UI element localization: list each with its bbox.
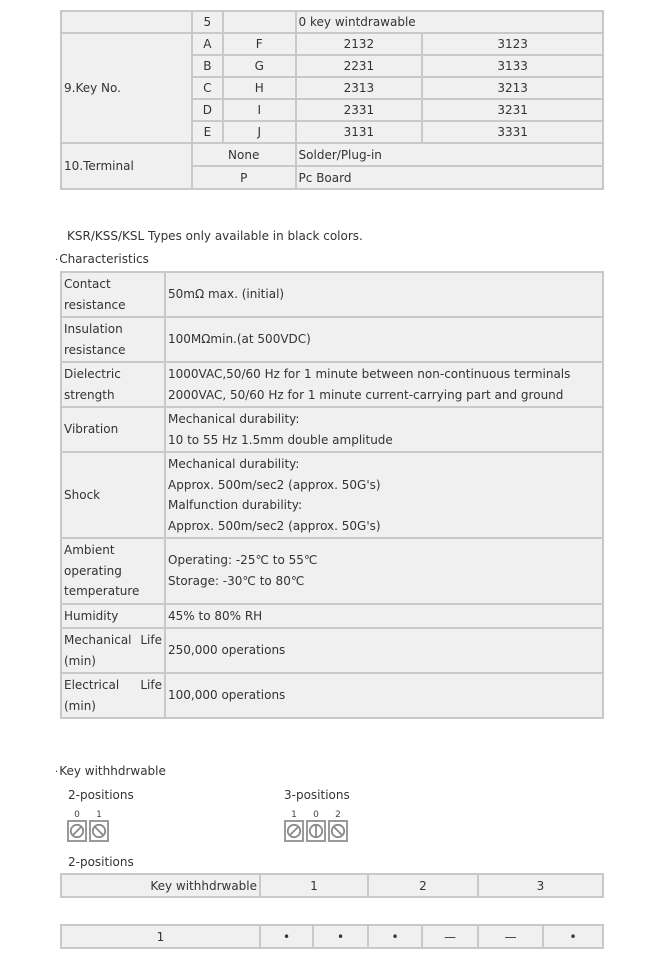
characteristic-label: Contactresistance	[62, 273, 164, 316]
value-line: 45% to 80% RH	[168, 606, 600, 627]
table-row: AmbientoperatingtemperatureOperating: -2…	[62, 539, 602, 603]
table-row: Mechanical Life(min)250,000 operations	[62, 629, 602, 672]
bullet-icon: ·	[55, 767, 58, 778]
characteristics-table: Contactresistance50mΩ max. (initial)Insu…	[60, 271, 604, 719]
key-value-2pos: 2231	[297, 56, 422, 76]
three-position-key-diagram: 102	[284, 810, 348, 842]
key-withdrawable-row-table: 1 • • • — — •	[60, 924, 604, 949]
table-row: Humidity45% to 80% RH	[62, 605, 602, 628]
key-code-a: D	[193, 100, 222, 120]
characteristic-label: Vibration	[62, 408, 164, 451]
key-value-2pos: 2331	[297, 100, 422, 120]
table-row: Electrical Life(min)100,000 operations	[62, 674, 602, 717]
key-value-2pos: 2313	[297, 78, 422, 98]
terminal-code: None	[193, 144, 295, 165]
characteristic-value: 100,000 operations	[166, 674, 602, 717]
key-no-label: 9.Key No.	[62, 34, 191, 142]
key-slot-icon	[89, 820, 109, 842]
table-row: 9.Key No. A F 2132 3123	[62, 34, 602, 54]
color-availability-note: KSR/KSS/KSL Types only available in blac…	[67, 229, 363, 243]
key-code-b: I	[224, 100, 295, 120]
characteristic-label: Mechanical Life(min)	[62, 629, 164, 672]
key-position: 0	[306, 810, 326, 842]
header-cell: Key withhdrwable	[62, 875, 259, 896]
value-line: Approx. 500m/sec2 (approx. 50G's)	[168, 516, 600, 537]
empty-cell	[62, 12, 191, 32]
row-label: 1	[62, 926, 259, 947]
three-positions-label: 3-positions	[284, 788, 350, 802]
two-position-key-diagram: 01	[67, 810, 109, 842]
key-value-2pos: 2132	[297, 34, 422, 54]
characteristics-title: Characteristics	[59, 252, 149, 266]
key-code-a: A	[193, 34, 222, 54]
table-row: 5 0 key wintdrawable	[62, 12, 602, 32]
key-position-number: 1	[96, 810, 102, 820]
value-line: Mechanical durability:	[168, 409, 600, 430]
key-position: 0	[67, 810, 87, 842]
key-value-3pos: 3213	[423, 78, 602, 98]
label-line: Humidity	[64, 606, 162, 627]
key-position: 2	[328, 810, 348, 842]
key-code-b: G	[224, 56, 295, 76]
label-line: Shock	[64, 485, 162, 506]
header-cell: 2	[369, 875, 477, 896]
key-position-number: 1	[291, 810, 297, 820]
table-row: Dielectricstrength1000VAC,50/60 Hz for 1…	[62, 363, 602, 406]
terminal-code: P	[193, 167, 295, 188]
label-line: Dielectric	[64, 364, 162, 385]
terminal-label: 10.Terminal	[62, 144, 191, 188]
table-row: Key withhdrwable 1 2 3	[62, 875, 602, 896]
key-options-table: 5 0 key wintdrawable 9.Key No. A F 2132 …	[60, 10, 604, 190]
value-line: Storage: -30℃ to 80℃	[168, 571, 600, 592]
characteristic-value: 50mΩ max. (initial)	[166, 273, 602, 316]
terminal-description: Pc Board	[297, 167, 602, 188]
label-line: Ambient	[64, 540, 162, 561]
position-mark: •	[369, 926, 421, 947]
table-caption: 2-positions	[68, 855, 134, 869]
table-row: ShockMechanical durability:Approx. 500m/…	[62, 453, 602, 537]
code-cell: 5	[193, 12, 222, 32]
table-row: VibrationMechanical durability:10 to 55 …	[62, 408, 602, 451]
value-line: Malfunction durability:	[168, 495, 600, 516]
key-value-3pos: 3123	[423, 34, 602, 54]
key-code-b: F	[224, 34, 295, 54]
header-cell: 3	[479, 875, 602, 896]
value-line: Operating: -25℃ to 55℃	[168, 550, 600, 571]
characteristic-label: Ambientoperatingtemperature	[62, 539, 164, 603]
value-line: 1000VAC,50/60 Hz for 1 minute between no…	[168, 364, 600, 385]
key-withdrawable-heading: ·Key withhdrwable	[55, 764, 166, 778]
label-line: resistance	[64, 340, 162, 361]
key-code-a: E	[193, 122, 222, 142]
bullet-icon: ·	[55, 255, 58, 266]
label-line: Vibration	[64, 419, 162, 440]
value-line: 250,000 operations	[168, 640, 600, 661]
key-code-a: B	[193, 56, 222, 76]
key-code-b: J	[224, 122, 295, 142]
key-position-number: 0	[313, 810, 319, 820]
label-line: strength	[64, 385, 162, 406]
characteristic-value: 1000VAC,50/60 Hz for 1 minute between no…	[166, 363, 602, 406]
table-row: Contactresistance50mΩ max. (initial)	[62, 273, 602, 316]
value-line: 2000VAC, 50/60 Hz for 1 minute current-c…	[168, 385, 600, 406]
description-cell: 0 key wintdrawable	[297, 12, 602, 32]
position-mark: •	[261, 926, 312, 947]
key-code-b: H	[224, 78, 295, 98]
empty-cell	[224, 12, 295, 32]
position-mark: —	[423, 926, 477, 947]
value-line: Approx. 500m/sec2 (approx. 50G's)	[168, 475, 600, 496]
key-slot-icon	[306, 820, 326, 842]
header-cell: 1	[261, 875, 367, 896]
table-row: 10.Terminal None Solder/Plug-in	[62, 144, 602, 165]
characteristic-value: 100MΩmin.(at 500VDC)	[166, 318, 602, 361]
key-value-3pos: 3133	[423, 56, 602, 76]
position-mark: •	[314, 926, 367, 947]
characteristics-heading: ·Characteristics	[55, 252, 149, 266]
characteristic-value: Operating: -25℃ to 55℃Storage: -30℃ to 8…	[166, 539, 602, 603]
characteristic-label: Dielectricstrength	[62, 363, 164, 406]
terminal-description: Solder/Plug-in	[297, 144, 602, 165]
key-position-number: 2	[335, 810, 341, 820]
label-line: (min)	[64, 651, 162, 672]
label-line: resistance	[64, 295, 162, 316]
value-line: 10 to 55 Hz 1.5mm double amplitude	[168, 430, 600, 451]
key-value-2pos: 3131	[297, 122, 422, 142]
characteristic-value: 250,000 operations	[166, 629, 602, 672]
label-line: temperature	[64, 581, 162, 602]
two-positions-label: 2-positions	[68, 788, 134, 802]
key-slot-icon	[284, 820, 304, 842]
table-row: Insulationresistance100MΩmin.(at 500VDC)	[62, 318, 602, 361]
value-line: 50mΩ max. (initial)	[168, 284, 600, 305]
value-line: 100,000 operations	[168, 685, 600, 706]
key-code-a: C	[193, 78, 222, 98]
characteristic-label: Shock	[62, 453, 164, 537]
characteristic-value: Mechanical durability:10 to 55 Hz 1.5mm …	[166, 408, 602, 451]
key-position: 1	[89, 810, 109, 842]
position-mark: •	[544, 926, 602, 947]
characteristic-label: Humidity	[62, 605, 164, 628]
key-position: 1	[284, 810, 304, 842]
table-row: 1 • • • — — •	[62, 926, 602, 947]
key-slot-icon	[67, 820, 87, 842]
value-line: 100MΩmin.(at 500VDC)	[168, 329, 600, 350]
position-mark: —	[479, 926, 542, 947]
label-line: Insulation	[64, 319, 162, 340]
label-line: Mechanical Life	[64, 630, 162, 651]
characteristic-value: Mechanical durability:Approx. 500m/sec2 …	[166, 453, 602, 537]
value-line: Mechanical durability:	[168, 454, 600, 475]
characteristic-value: 45% to 80% RH	[166, 605, 602, 628]
label-line: (min)	[64, 696, 162, 717]
key-withdrawable-header-table: Key withhdrwable 1 2 3	[60, 873, 604, 898]
characteristic-label: Insulationresistance	[62, 318, 164, 361]
label-line: Electrical Life	[64, 675, 162, 696]
key-value-3pos: 3231	[423, 100, 602, 120]
characteristic-label: Electrical Life(min)	[62, 674, 164, 717]
key-value-3pos: 3331	[423, 122, 602, 142]
key-position-number: 0	[74, 810, 80, 820]
key-withdrawable-title: Key withhdrwable	[59, 764, 166, 778]
label-line: operating	[64, 561, 162, 582]
key-slot-icon	[328, 820, 348, 842]
label-line: Contact	[64, 274, 162, 295]
